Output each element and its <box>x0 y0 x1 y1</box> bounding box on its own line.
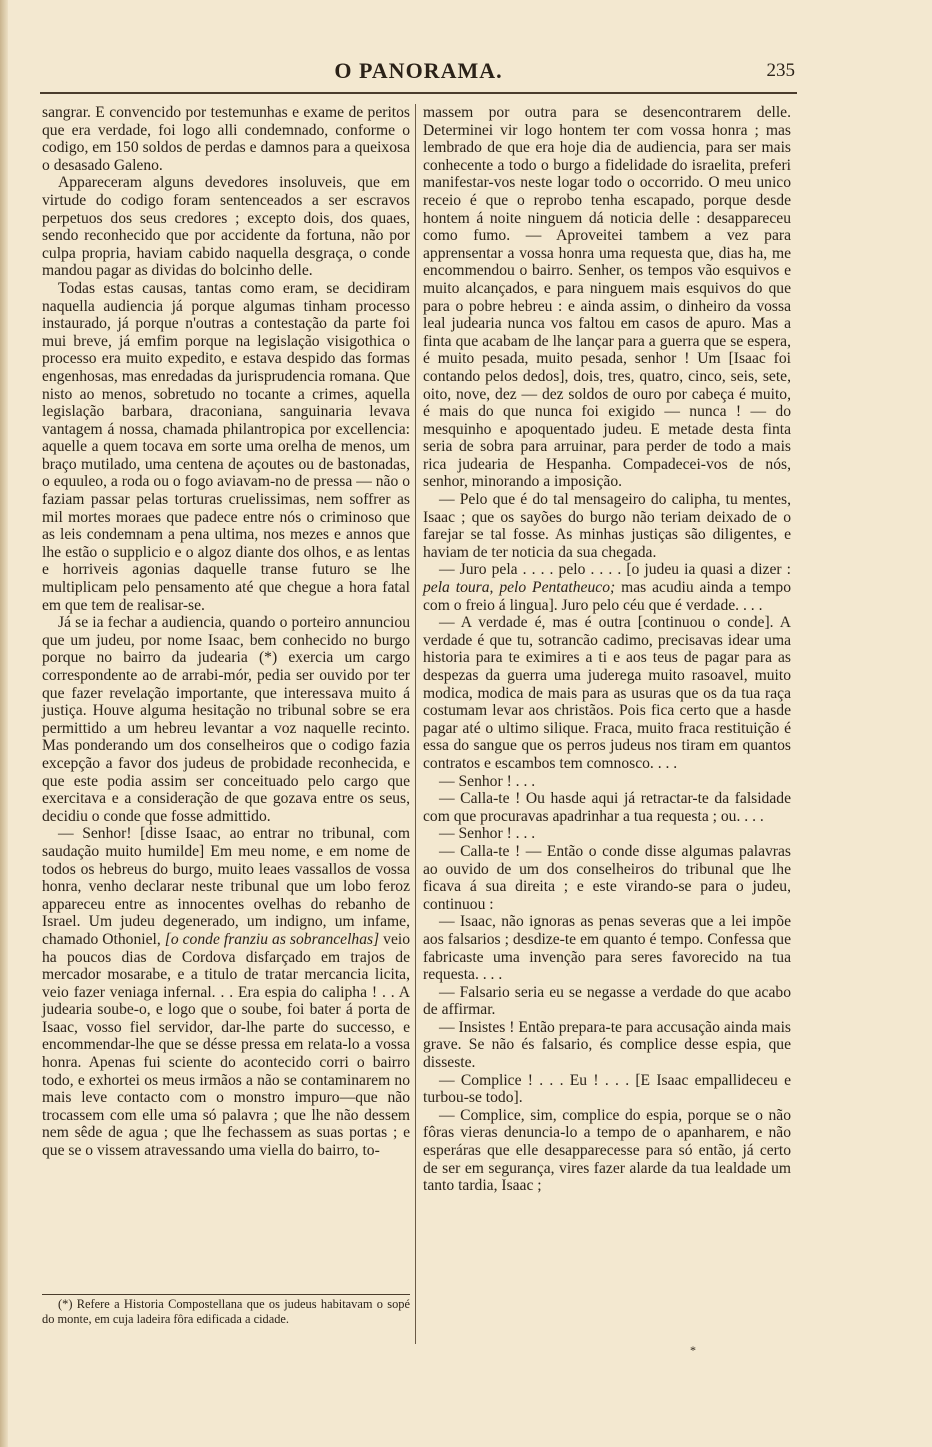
page-header: O PANORAMA. 235 <box>40 58 797 86</box>
italic-phrase: pela toura, pelo Pentatheuco; <box>423 579 615 596</box>
paragraph: — Senhor ! . . . <box>423 773 791 791</box>
speech-paragraph: — Senhor! [disse Isaac, ao entrar no tri… <box>42 825 410 1159</box>
paragraph: — Complice, sim, complice do espia, porq… <box>423 1107 791 1195</box>
column-divider <box>415 104 416 1344</box>
paragraph: — Complice ! . . . Eu ! . . . [E Isaac e… <box>423 1072 791 1107</box>
speech-text: veio ha poucos dias de Cordova disfarçad… <box>42 931 410 1159</box>
ornament-asterisk-icon: * <box>690 1343 696 1358</box>
paragraph: — Calla-te ! — Então o conde disse algum… <box>423 843 791 913</box>
page-number: 235 <box>767 60 796 82</box>
paragraph: — Senhor ! . . . <box>423 825 791 843</box>
header-rule <box>40 92 797 94</box>
paragraph: — Juro pela . . . . pelo . . . . [o jude… <box>423 561 791 614</box>
paragraph: — A verdade é, mas é outra [continuou o … <box>423 614 791 772</box>
speech-text: — Senhor! [disse Isaac, ao entrar no tri… <box>42 825 410 948</box>
paragraph: Já se ia fechar a audiencia, quando o po… <box>42 614 410 825</box>
footnote-text: (*) Refere a Historia Compostellana que … <box>42 1297 410 1327</box>
paragraph: — Calla-te ! Ou hasde aqui já retractar-… <box>423 790 791 825</box>
speech-text: — Juro pela . . . . pelo . . . . [o jude… <box>439 561 791 578</box>
paragraph: — Pelo que é do tal mensageiro do caliph… <box>423 491 791 561</box>
page-spine-shadow <box>0 0 8 1447</box>
left-column: sangrar. E convencido por testemunhas e … <box>42 104 410 1160</box>
paragraph: sangrar. E convencido por testemunhas e … <box>42 104 410 174</box>
publication-title: O PANORAMA. <box>40 58 797 84</box>
paragraph: — Falsario seria eu se negasse a verdade… <box>423 984 791 1019</box>
paragraph: — Insistes ! Então prepara-te para accus… <box>423 1019 791 1072</box>
right-column: massem por outra para se desencontrarem … <box>423 104 791 1195</box>
paragraph: massem por outra para se desencontrarem … <box>423 104 791 491</box>
footnote-rule <box>42 1294 410 1295</box>
paragraph: Todas estas causas, tantas como eram, se… <box>42 280 410 614</box>
paragraph: Appareceram alguns devedores insoluveis,… <box>42 174 410 280</box>
footnote: (*) Refere a Historia Compostellana que … <box>42 1297 410 1327</box>
stage-direction: [o conde franziu as sobrancelhas] <box>165 931 379 948</box>
paragraph: — Isaac, não ignoras as penas severas qu… <box>423 913 791 983</box>
